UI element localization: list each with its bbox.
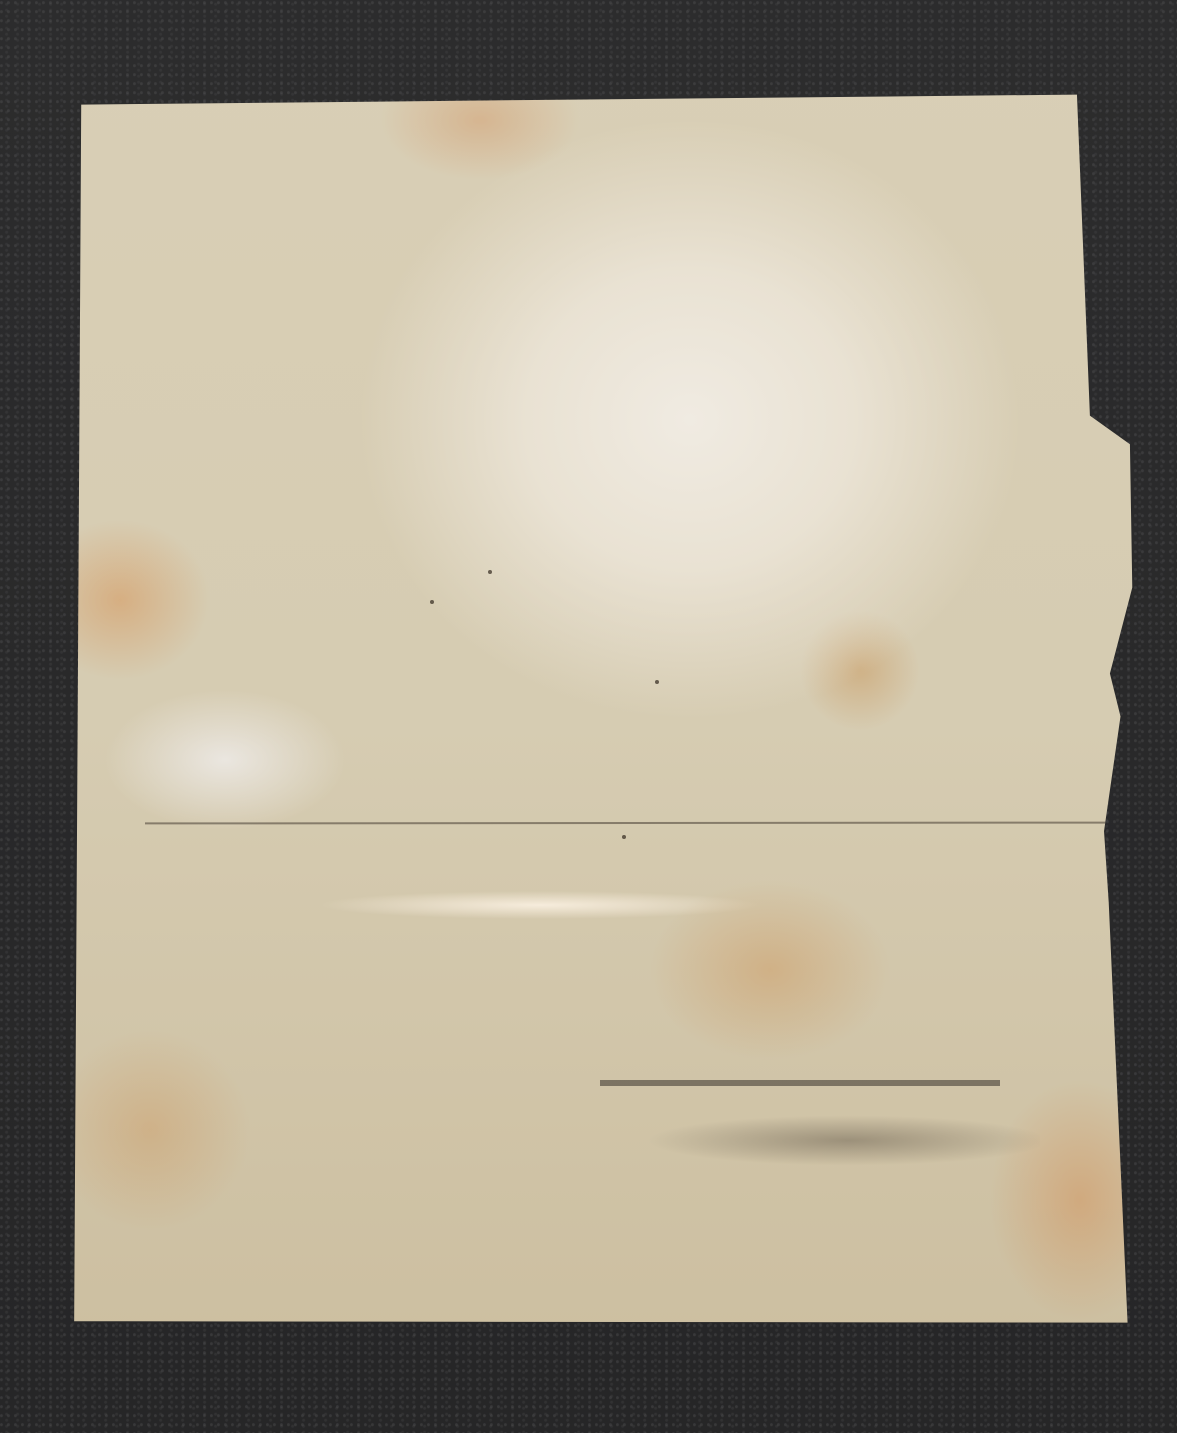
horizontal-crease	[145, 822, 1110, 825]
ink-speck	[655, 680, 659, 684]
ink-speck	[430, 600, 434, 604]
ink-speck	[488, 570, 492, 574]
stamp-back	[0, 0, 1177, 1433]
ink-speck	[622, 835, 626, 839]
show-through-print	[560, 1080, 1040, 1190]
